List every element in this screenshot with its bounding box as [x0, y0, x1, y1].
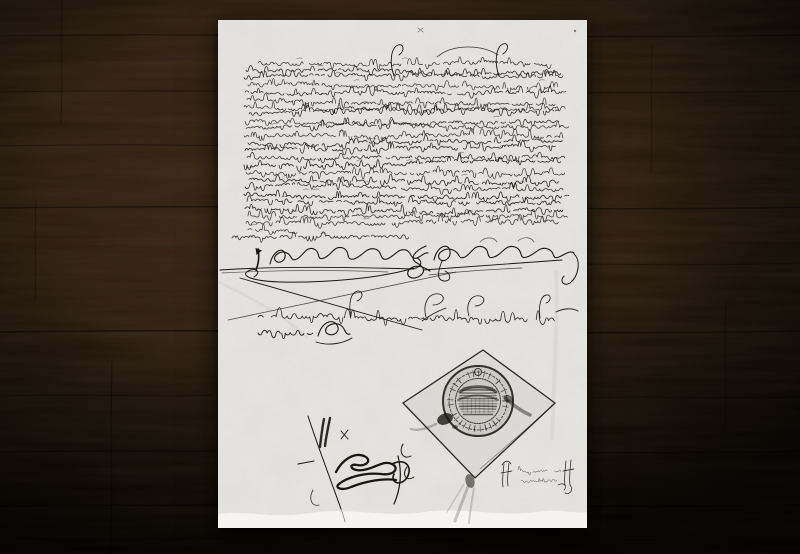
- ink-stroke: [480, 426, 481, 432]
- manuscript-ink: [218, 20, 587, 528]
- paper-speckle: [218, 20, 587, 528]
- manuscript-photograph: [0, 0, 800, 554]
- manuscript-document: [218, 20, 587, 528]
